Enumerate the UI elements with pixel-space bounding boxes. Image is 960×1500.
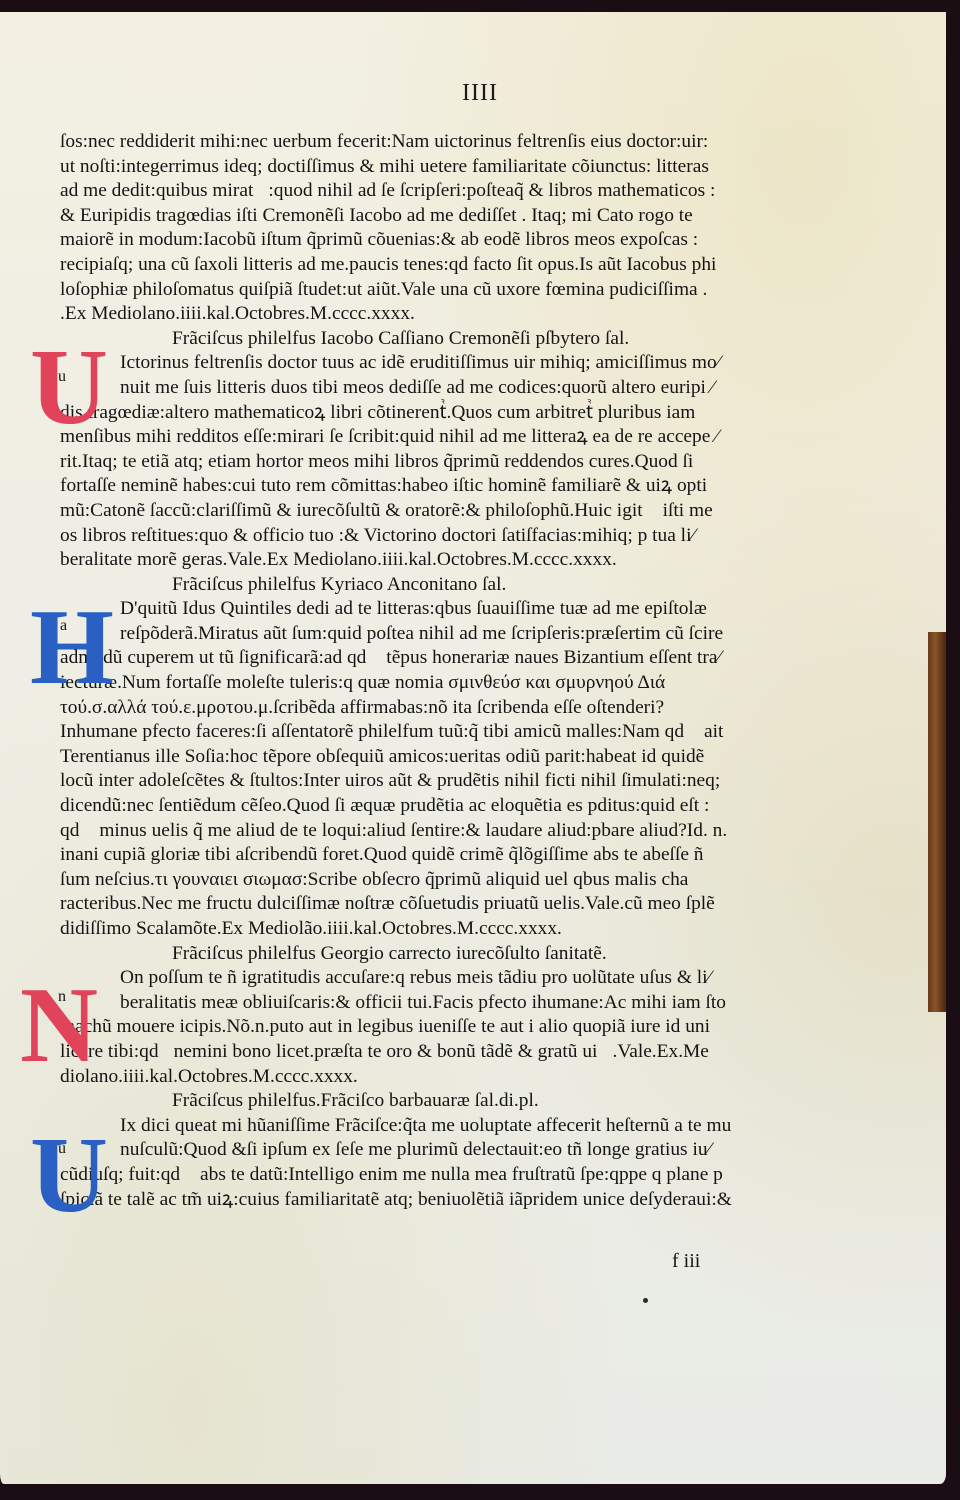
text-line: & Euripidis tragœdias iſti Cremonẽſi Iac… xyxy=(60,204,760,229)
text-line: fortaſſe neminẽ habes:cui tuto rem cõmit… xyxy=(60,474,760,499)
text-line: Ix dici queat mi hũaniſſime Frãciſce:q̃t… xyxy=(60,1114,760,1139)
guide-letter: n xyxy=(58,988,66,1006)
text-line: racteribus.Nec me fructu dulciſſimæ noſt… xyxy=(60,892,760,917)
text-line: diolano.iiii.kal.Octobres.M.cccc.xxxx. xyxy=(60,1065,760,1090)
text-line: nuit me ſuis litteris duos tibi meos ded… xyxy=(60,376,760,401)
text-line: maiorẽ in modum:Iacobũ iſtum q̃primũ cõu… xyxy=(60,228,760,253)
text-line: .Ex Mediolano.iiii.kal.Octobres.M.cccc.x… xyxy=(60,302,760,327)
text-line: ſum neſcius.τι γουναιει σιωμασ:Scribe ob… xyxy=(60,868,760,893)
text-line: beralitate morẽ geras.Vale.Ex Mediolano.… xyxy=(60,548,760,573)
guide-letter: u xyxy=(58,368,66,386)
red-initial-u: U xyxy=(30,334,108,442)
ink-speck xyxy=(643,1298,648,1303)
text-line: loſophiæ philoſomatus quiſpiã ſtudet:ut … xyxy=(60,278,760,303)
signature-mark: f iii xyxy=(672,1250,700,1273)
letter-heading: Frãciſcus philelfus Kyriaco Anconitano ſ… xyxy=(60,573,760,598)
text-line: beralitatis meæ obliuiſcaris:& officii t… xyxy=(60,991,760,1016)
letter-heading: Frãciſcus philelfus.Frãciſco barbauaræ ſ… xyxy=(60,1089,760,1114)
text-line: os libros reſtitues:quo & officio tuo :&… xyxy=(60,524,760,549)
blue-initial-h: H xyxy=(30,594,114,702)
text-line: On poſſum te ñ igratitudis accuſare:q re… xyxy=(60,966,760,991)
text-line: machũ mouere icipis.Nõ.n.puto aut in leg… xyxy=(60,1015,760,1040)
text-line: cũdiuſq; fuit:qdᷣ abs te datũ:Intelligo … xyxy=(60,1163,760,1188)
text-line: reſpõderã.Miratus aũt ſum:quid poſtea ni… xyxy=(60,622,760,647)
text-line: didiſſimo Scalamõte.Ex Mediolão.iiii.kal… xyxy=(60,917,760,942)
text-line: licere tibi:qdᷣnemini bono licet.præſta … xyxy=(60,1040,760,1065)
text-line: inani cupiã gloriæ tibi aſcribendũ foret… xyxy=(60,843,760,868)
blue-initial-u: U xyxy=(30,1122,108,1230)
printed-text-block: ſos:nec reddiderit mihi:nec uerbum fecer… xyxy=(60,130,760,1212)
text-line: admodũ cuperem ut tũ ſignificarã:ad qdᷣ … xyxy=(60,646,760,671)
text-line: ſos:nec reddiderit mihi:nec uerbum fecer… xyxy=(60,130,760,155)
text-line: ſpiciã te talẽ ac tm̃ uiꝝ:cuius familiar… xyxy=(60,1188,760,1213)
text-line: Inhumane pfecto faceres:ſi aſſentatorẽ p… xyxy=(60,720,760,745)
letter-heading: Frãciſcus philelfus Iacobo Caſſiano Crem… xyxy=(60,327,760,352)
text-line: ad me dedit:quibus miratᷣ:quod nihil ad … xyxy=(60,179,760,204)
guide-letter: a xyxy=(60,617,67,635)
text-line: Ictorinus feltrenſis doctor tuus ac idẽ … xyxy=(60,351,760,376)
letter-heading: Frãciſcus philelfus Georgio carrecto iur… xyxy=(60,942,760,967)
text-line: iecturæ.Num fortaſſe moleſte tuleris:q q… xyxy=(60,671,760,696)
text-line: Terentianus ille Soſia:hoc tẽpore obſequ… xyxy=(60,745,760,770)
text-line: nuſculũ:Quod &ſi ipſum ex ſeſe me plurim… xyxy=(60,1138,760,1163)
text-line: qdᷣ minus uelis q̃ me aliud de te loqui:… xyxy=(60,819,760,844)
text-line: mũ:Catonẽ ſaccũ:clariſſimũ & iurecõſultũ… xyxy=(60,499,760,524)
text-line: ut noſti:integerrimus ideq; doctiſſimus … xyxy=(60,155,760,180)
book-binding-edge xyxy=(928,632,946,1012)
text-line: τού.σ.αλλά τού.ε.μροτου.μ.ſcribẽda affir… xyxy=(60,696,760,721)
text-line: dicendũ:nec ſentiẽdum cẽſeo.Quod ſi æquæ… xyxy=(60,794,760,819)
text-line: menſibus mihi redditos eſſe:mirari ſe ſc… xyxy=(60,425,760,450)
text-line: dis tragœdiæ:altero mathematicoꝝ libri c… xyxy=(60,401,760,426)
text-line: locũ inter adoleſcẽtes & ſtultos:Inter u… xyxy=(60,769,760,794)
book-page: IIII ſos:nec reddiderit mihi:nec uerbum … xyxy=(0,12,946,1484)
text-line: rit.Itaq; te etiã atq; etiam hortor meos… xyxy=(60,450,760,475)
guide-letter: u xyxy=(58,1140,66,1158)
folio-number: IIII xyxy=(0,80,960,107)
text-line: D'quitũ Idus Quintiles dedi ad te litter… xyxy=(60,597,760,622)
text-line: recipiaſq; una cũ ſaxoli litteris ad me.… xyxy=(60,253,760,278)
